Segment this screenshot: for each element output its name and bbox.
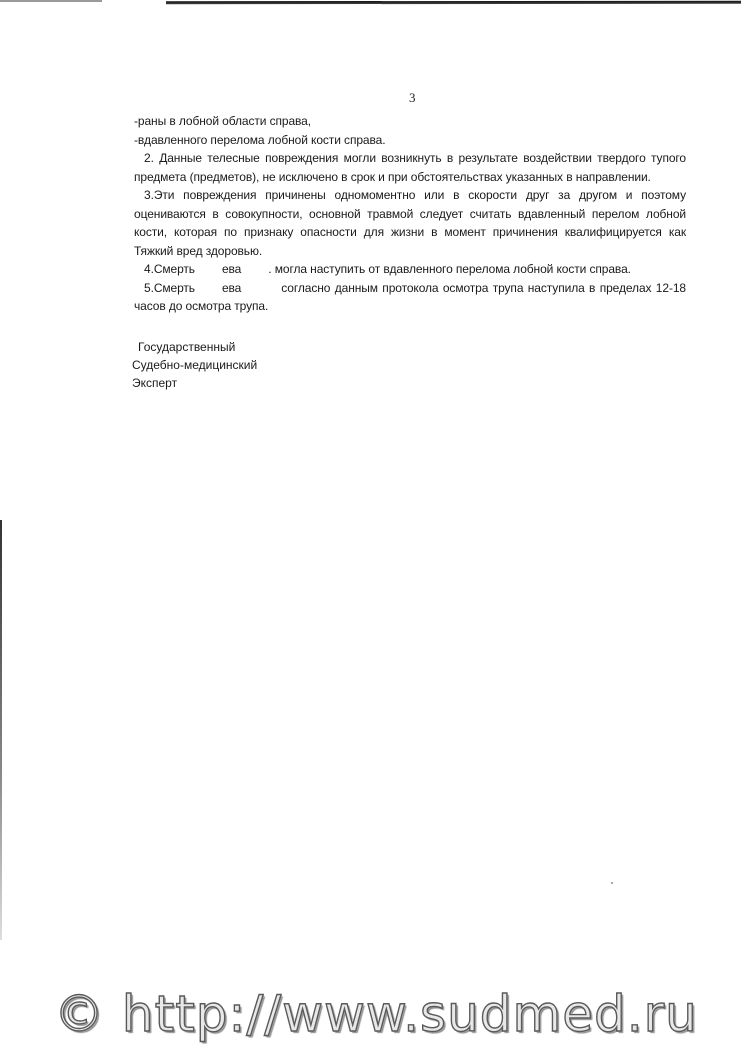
scan-border-top-left	[0, 0, 102, 2]
conclusion-4: 4.Смертьева. могла наступить от вдавленн…	[134, 260, 686, 279]
injury-item-wound: -раны в лобной области справа,	[134, 112, 686, 131]
conclusion-text: . могла наступить от вдавленного перелом…	[268, 262, 631, 276]
redacted-name-fragment: ева	[222, 281, 241, 295]
conclusion-number: 3.	[144, 188, 154, 202]
scan-border-left	[0, 520, 2, 940]
conclusion-number: 5.	[144, 281, 154, 295]
conclusion-text: согласно данным протокола осмотра трупа …	[134, 281, 686, 314]
watermark: © http://www.sudmed.ru	[54, 985, 698, 1043]
scan-border-top	[166, 1, 741, 5]
conclusion-text: Данные телесные повреждения могли возник…	[134, 151, 686, 184]
redacted-name-fragment: ева	[222, 262, 241, 276]
scan-speck	[611, 882, 613, 884]
conclusion-number: 2.	[144, 151, 154, 165]
page-number: 3	[409, 90, 416, 106]
conclusion-text: Эти повреждения причинены одномоментно и…	[134, 188, 686, 258]
injury-item-fracture: -вдавленного перелома лобной кости справ…	[134, 131, 686, 150]
signature-title-line1: Государственный	[132, 338, 257, 356]
signature-block: Государственный Судебно-медицинский Эксп…	[132, 338, 257, 392]
conclusion-2: 2. Данные телесные повреждения могли воз…	[134, 149, 686, 186]
conclusion-prefix: Смерть	[154, 281, 195, 295]
conclusion-3: 3.Эти повреждения причинены одномоментно…	[134, 186, 686, 260]
signature-title-line2: Судебно-медицинский	[132, 356, 257, 374]
conclusion-number: 4.	[144, 262, 154, 276]
conclusion-prefix: Смерть	[154, 262, 195, 276]
document-body: -раны в лобной области справа, -вдавленн…	[134, 112, 686, 316]
conclusion-5: 5.Смертьевасогласно данным протокола осм…	[134, 279, 686, 316]
signature-title-line3: Эксперт	[132, 374, 257, 392]
